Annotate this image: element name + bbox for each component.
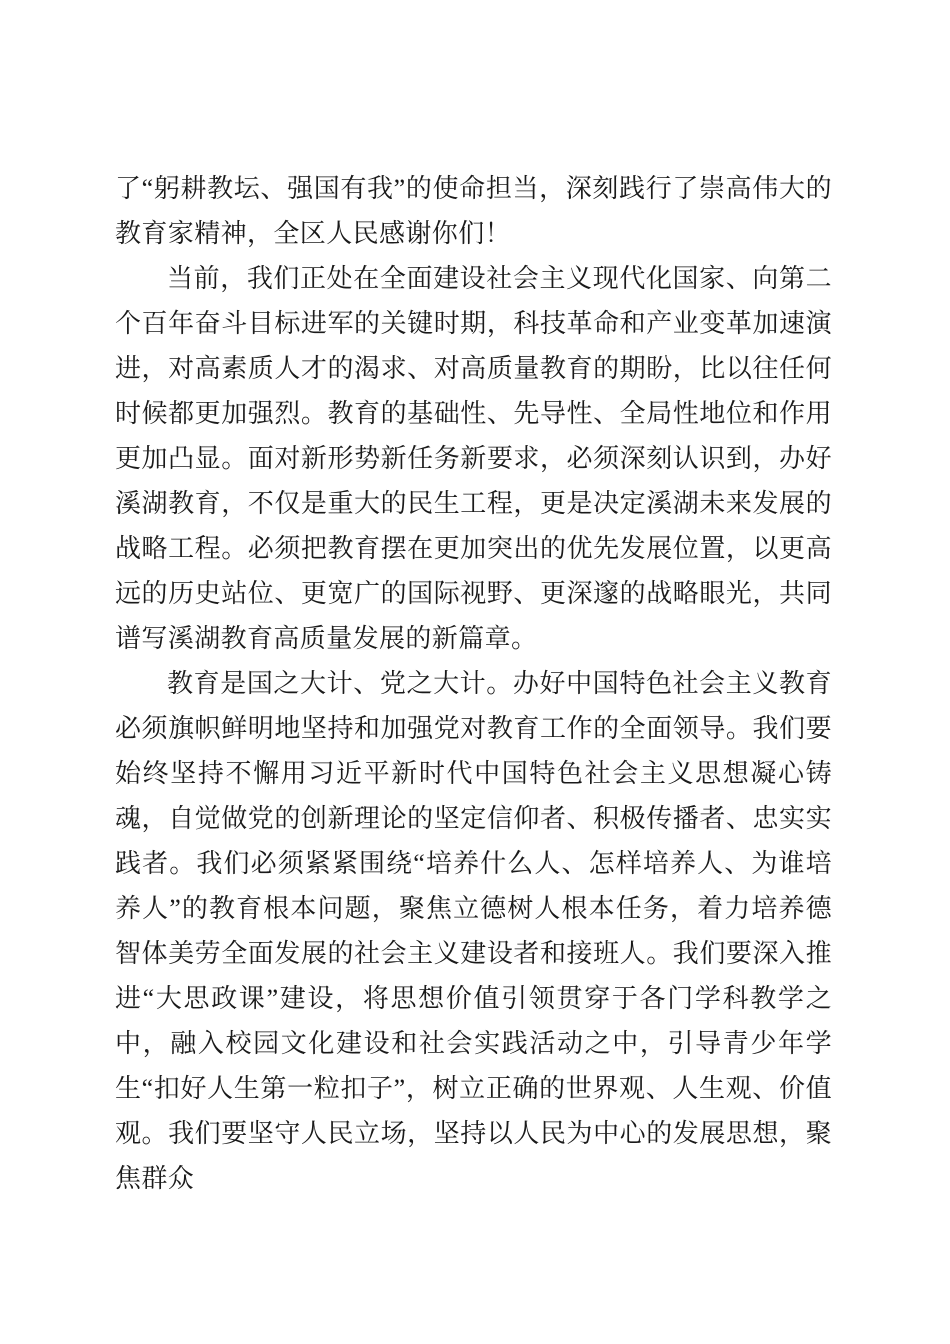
paragraph-continuation: 了“躬耕教坛、强国有我”的使命担当，深刻践行了崇高伟大的教育家精神，全区人民感谢… [115,166,832,256]
document-body: 了“躬耕教坛、强国有我”的使命担当，深刻践行了崇高伟大的教育家精神，全区人民感谢… [115,166,832,1201]
document-page: 了“躬耕教坛、强国有我”的使命担当，深刻践行了崇高伟大的教育家精神，全区人民感谢… [0,0,950,1344]
paragraph-education-plan: 教育是国之大计、党之大计。办好中国特色社会主义教育必须旗帜鲜明地坚持和加强党对教… [115,661,832,1201]
paragraph-current-situation: 当前，我们正处在全面建设社会主义现代化国家、向第二个百年奋斗目标进军的关键时期，… [115,256,832,661]
